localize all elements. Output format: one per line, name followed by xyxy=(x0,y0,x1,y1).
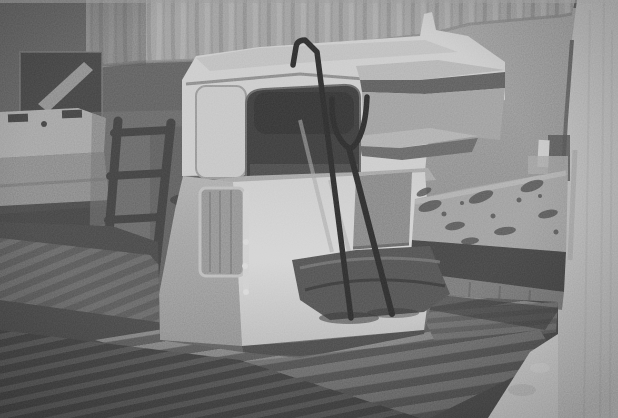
photo-interior-with-stove xyxy=(0,0,618,418)
film-grain-soft xyxy=(0,0,618,418)
photo-canvas xyxy=(0,0,618,418)
